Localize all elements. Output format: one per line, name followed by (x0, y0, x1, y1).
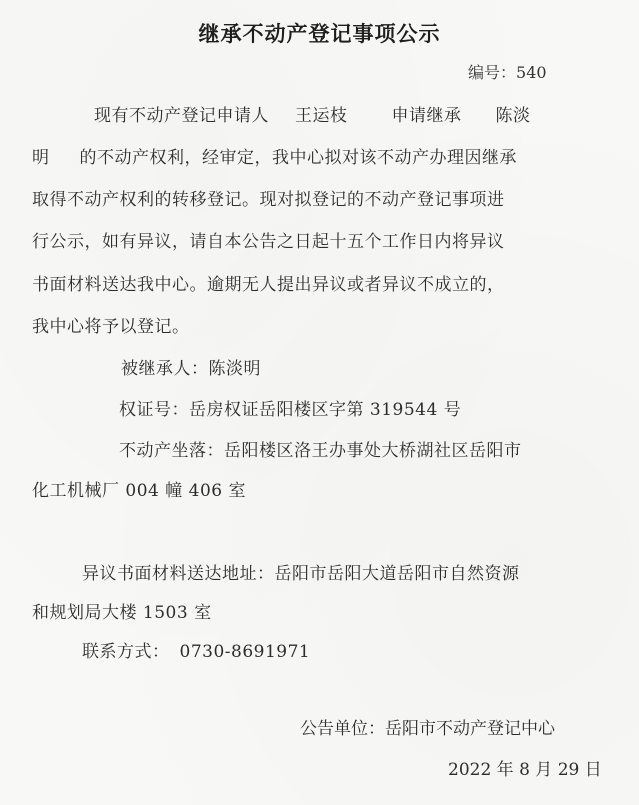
document-number: 编号：540 (468, 60, 547, 83)
objection-address-label: 异议书面材料送达地址： (82, 564, 275, 584)
issuer-value: 岳阳市不动产登记中心 (385, 719, 555, 739)
decedent-field: 被继承人：陈淡明 (121, 354, 261, 379)
body-line-1: 现有不动产登记申请人王运枝申请继承陈淡 (94, 101, 531, 126)
objection-address-value-line2: 和规划局大楼 1503 室 (32, 598, 212, 623)
body-line-5: 书面材料送达我中心。逾期无人提出异议或者异议不成立的， (32, 270, 505, 295)
body-line-3: 取得不动产权利的转移登记。现对拟登记的不动产登记事项进 (32, 185, 505, 210)
location-value-line1: 岳阳楼区洛王办事处大桥湖社区岳阳市 (224, 441, 522, 461)
intro-prefix: 现有不动产登记申请人 (94, 106, 269, 126)
issuer-field: 公告单位：岳阳市不动产登记中心 (300, 714, 555, 739)
decedent-name-part1: 陈淡 (496, 106, 531, 126)
decedent-name-part2: 明 (32, 148, 50, 168)
contact-field: 联系方式：0730-8691971 (82, 637, 310, 662)
document-title: 继承不动产登记事项公示 (0, 18, 639, 48)
body-line-4: 行公示，如有异议，请自本公告之日起十五个工作日内将异议 (32, 227, 505, 252)
objection-address-value-line1: 岳阳市岳阳大道岳阳市自然资源 (275, 564, 520, 584)
body-line-2-text: 的不动产权利，经审定，我中心拟对该不动产办理因继承 (80, 148, 518, 168)
location-field: 不动产坐落：岳阳楼区洛王办事处大桥湖社区岳阳市 (119, 436, 522, 461)
document-number-value: 540 (516, 63, 547, 82)
issuer-label: 公告单位： (300, 719, 385, 739)
issue-date: 2022 年 8 月 29 日 (448, 755, 602, 780)
document-number-label: 编号： (468, 63, 516, 82)
location-label: 不动产坐落： (119, 441, 224, 461)
applicant-name: 王运枝 (295, 106, 348, 126)
body-line-2: 明的不动产权利，经审定，我中心拟对该不动产办理因继承 (32, 143, 517, 168)
objection-address-field: 异议书面材料送达地址：岳阳市岳阳大道岳阳市自然资源 (82, 559, 520, 584)
body-line-6: 我中心将予以登记。 (32, 312, 190, 337)
intro-mid: 申请继承 (392, 106, 462, 126)
certificate-label: 权证号： (119, 400, 189, 420)
certificate-value: 岳房权证岳阳楼区字第 319544 号 (189, 400, 461, 420)
location-value-line2: 化工机械厂 004 幢 406 室 (32, 476, 246, 501)
notice-document: 继承不动产登记事项公示 编号：540 现有不动产登记申请人王运枝申请继承陈淡 明… (0, 0, 639, 805)
contact-value: 0730-8691971 (180, 642, 311, 662)
certificate-field: 权证号：岳房权证岳阳楼区字第 319544 号 (119, 395, 461, 420)
contact-label: 联系方式： (82, 642, 170, 662)
decedent-label: 被继承人： (121, 359, 209, 379)
decedent-value: 陈淡明 (209, 359, 262, 379)
